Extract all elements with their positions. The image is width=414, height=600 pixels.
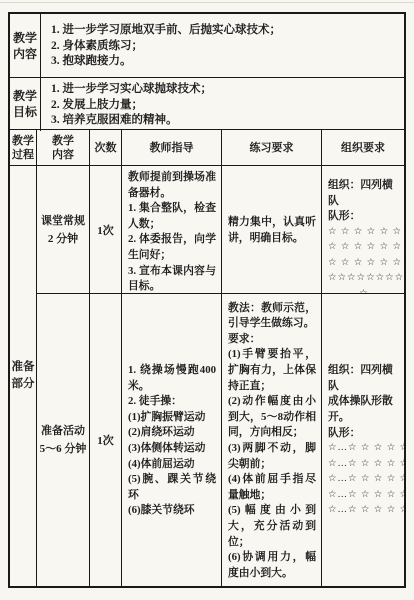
content-line: 1. 进一步学习实心球抛球技术； — [51, 82, 396, 98]
row1-times-value: 1次 — [97, 222, 114, 238]
guidance-line: (6)膝关节绕环 — [128, 503, 216, 519]
stage-line: 部分 — [12, 376, 35, 393]
row1-formation-diagram: ☆ ☆ ☆ ☆ ☆ ☆ ☆☆ ☆ ☆ ☆ ☆ ☆ ☆☆ ☆ ☆ ☆ ☆ ☆ ☆☆… — [328, 225, 400, 294]
guidance-line: (4)体前屈运动 — [128, 457, 216, 473]
row1-organization-text: 组织：四列横队队形： — [328, 178, 400, 225]
header-teacher-guidance: 教师指导 — [122, 130, 222, 166]
content-line: 课堂常规 — [41, 212, 85, 230]
header-line: 过程 — [12, 148, 34, 162]
practice-line: (4)体前屈手指尽量触地； — [228, 472, 316, 503]
content-line: 3. 抱球跑接力。 — [51, 54, 396, 70]
header-process: 教学过程 — [10, 130, 37, 166]
guidance-line: 1. 绕操场慢跑400米。 — [128, 363, 216, 394]
practice-line: 要求： — [228, 332, 316, 348]
stage-cell-preparation: 准备部分 — [10, 166, 37, 586]
organization-line: 成体操队形散开。 — [328, 394, 400, 425]
organization-line: 组织：四列横队 — [328, 363, 400, 394]
label-line: 教学 — [13, 88, 37, 104]
guidance-line: 教师提前到操场准备器材。 — [128, 170, 216, 201]
teaching-goal-text: 1. 进一步学习实心球抛球技术；2. 发展上肢力量；3. 培养克服困难的精神。 — [41, 78, 404, 131]
formation-line: ☆ ☆ ☆ ☆ ☆ ☆ ☆ — [328, 225, 400, 241]
content-line: 2. 发展上肢力量； — [51, 98, 396, 114]
header-line: 组织要求 — [341, 141, 385, 155]
row1-times-cell: 1次 — [90, 166, 122, 294]
header-line: 教学 — [12, 134, 34, 148]
teaching-content-row: 教学内容 1. 进一步学习原地双手前、后抛实心球技术；2. 身体素质练习；3. … — [10, 14, 404, 78]
guidance-line: (5)腕、踝关节绕环 — [128, 472, 216, 503]
teaching-content-label: 教学内容 — [10, 14, 41, 77]
guidance-line: 2. 徒手操： — [128, 394, 216, 410]
row2-times-cell: 1次 — [90, 294, 122, 586]
practice-line: (3)两脚不动，脚尖朝前； — [228, 441, 316, 472]
practice-line: (6)协调用力，幅度由小到大。 — [228, 550, 316, 581]
formation-line: ☆ ☆ ☆ ☆ ☆ ☆ ☆ — [328, 256, 400, 272]
practice-line: (5)幅度由小到大，充分活动到位； — [228, 503, 316, 550]
teaching-goal-label: 教学目标 — [10, 78, 41, 131]
formation-line: ☆…☆ ☆ ☆ ☆ ☆ — [328, 457, 400, 473]
label-line: 目标 — [13, 104, 37, 120]
header-line: 教师指导 — [150, 141, 194, 155]
organization-line: 队形： — [328, 209, 400, 225]
practice-line: 教法：教师示范，引导学生做练习。 — [228, 301, 316, 332]
header-content: 教学内容 — [37, 130, 90, 166]
formation-line: ☆…☆ ☆ ☆ ☆ ☆ — [328, 488, 400, 504]
practice-line: (2)动作幅度由小到大，5～8动作相同，方向相反； — [228, 394, 316, 441]
guidance-line: (1)扩胸振臂运动 — [128, 410, 216, 426]
header-line: 内容 — [52, 148, 74, 162]
header-line: 次数 — [95, 141, 117, 155]
formation-line: ☆…☆ ☆ ☆ ☆ ☆ — [328, 472, 400, 488]
teaching-content-text: 1. 进一步学习原地双手前、后抛实心球技术；2. 身体素质练习；3. 抱球跑接力… — [41, 14, 404, 77]
content-line: 2 分钟 — [48, 230, 78, 248]
guidance-line: (3)体侧体转运动 — [128, 441, 216, 457]
content-line: 3. 培养克服困难的精神。 — [51, 113, 396, 129]
lesson-plan-table: 教学内容 1. 进一步学习原地双手前、后抛实心球技术；2. 身体素质练习；3. … — [8, 12, 406, 588]
header-practice-requirements: 练习要求 — [222, 130, 322, 166]
formation-line: ☆…☆ ☆ ☆ ☆ ☆ — [328, 441, 400, 457]
row2-formation-diagram: ☆…☆ ☆ ☆ ☆ ☆☆…☆ ☆ ☆ ☆ ☆☆…☆ ☆ ☆ ☆ ☆☆…☆ ☆ ☆… — [328, 441, 400, 519]
stage-line: 准备 — [12, 359, 35, 376]
teaching-goal-row: 教学目标 1. 进一步学习实心球抛球技术；2. 发展上肢力量；3. 培养克服困难… — [10, 78, 404, 130]
organization-line: 队形： — [328, 426, 400, 442]
row2-guidance-cell: 1. 绕操场慢跑400米。2. 徒手操：(1)扩胸振臂运动(2)肩绕环运动(3)… — [122, 294, 222, 586]
organization-line: 组织：四列横队 — [328, 178, 400, 209]
page-scan-edge — [0, 2, 414, 3]
process-table: 教学过程 教学内容 次数 教师指导 练习要求 组织要求 准备部分 课堂常规2 分… — [10, 130, 404, 586]
row2-practice-cell: 教法：教师示范，引导学生做练习。要求：(1)手臂要抬平，扩胸有力，上体保持正直；… — [222, 294, 322, 586]
row1-content-cell: 课堂常规2 分钟 — [37, 166, 90, 294]
guidance-line: (2)肩绕环运动 — [128, 425, 216, 441]
content-line: 5～6 分钟 — [40, 440, 87, 458]
content-line: 2. 身体素质练习； — [51, 39, 396, 55]
practice-line: (1)手臂要抬平，扩胸有力，上体保持正直； — [228, 347, 316, 394]
header-organization-requirements: 组织要求 — [322, 130, 404, 166]
row2-times-value: 1次 — [97, 432, 114, 448]
formation-line: ☆☆☆☆☆☆☆☆ — [328, 271, 400, 287]
label-line: 教学 — [13, 30, 37, 46]
row1-organization-cell: 组织：四列横队队形： ☆ ☆ ☆ ☆ ☆ ☆ ☆☆ ☆ ☆ ☆ ☆ ☆ ☆☆ ☆… — [322, 166, 404, 294]
formation-line: ☆ — [328, 287, 400, 294]
content-line: 1. 进一步学习原地双手前、后抛实心球技术； — [51, 23, 396, 39]
row1-practice-cell: 精力集中，认真听讲，明确目标。 — [222, 166, 322, 294]
header-line: 教学 — [52, 134, 74, 148]
guidance-line: 2. 体委报告，向学生问好； — [128, 232, 216, 263]
guidance-line: 3. 宣布本课内容与目标。 — [128, 264, 216, 294]
formation-line: ☆…☆ ☆ ☆ ☆ ☆ — [328, 503, 400, 519]
header-times: 次数 — [90, 130, 122, 166]
header-line: 练习要求 — [250, 141, 294, 155]
row2-content-cell: 准备活动5～6 分钟 — [37, 294, 90, 586]
content-line: 准备活动 — [41, 422, 85, 440]
guidance-line: 1. 集合整队，检查人数； — [128, 201, 216, 232]
row1-guidance-cell: 教师提前到操场准备器材。1. 集合整队，检查人数；2. 体委报告，向学生问好；3… — [122, 166, 222, 294]
formation-line: ☆ ☆ ☆ ☆ ☆ ☆ ☆ — [328, 240, 400, 256]
label-line: 内容 — [13, 46, 37, 62]
row2-organization-text: 组织：四列横队成体操队形散开。队形： — [328, 363, 400, 441]
row2-organization-cell: 组织：四列横队成体操队形散开。队形： ☆…☆ ☆ ☆ ☆ ☆☆…☆ ☆ ☆ ☆ … — [322, 294, 404, 586]
scanned-lesson-plan-page: { "page": { "paper_color": "#f8f7f2", "i… — [0, 0, 414, 600]
practice-line: 精力集中，认真听讲，明确目标。 — [228, 215, 316, 246]
